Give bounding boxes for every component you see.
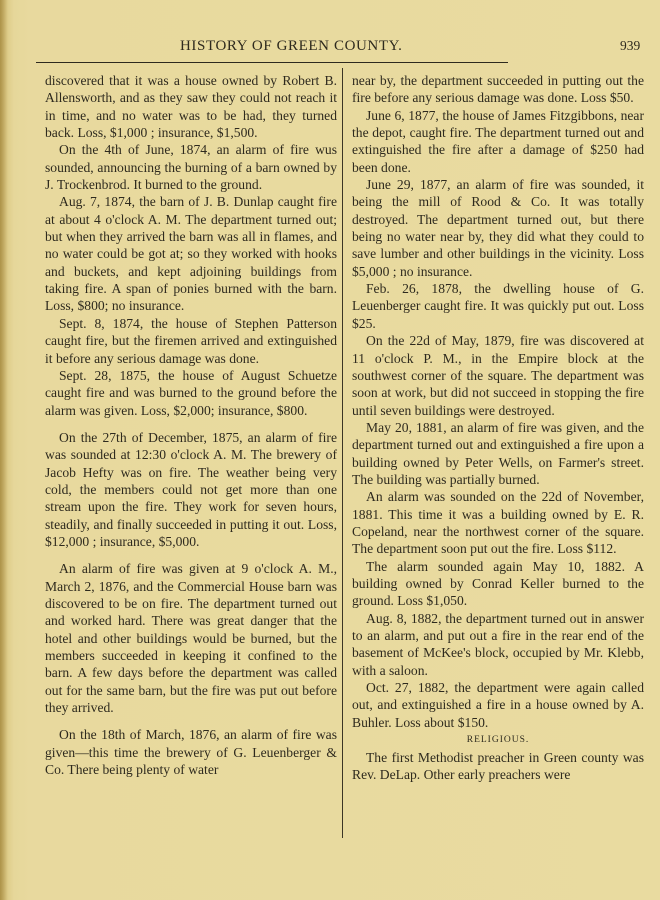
paragraph: On the 22d of May, 1879, fire was discov… — [352, 332, 644, 419]
paragraph: On the 18th of March, 1876, an alarm of … — [45, 726, 337, 778]
page-gutter-shadow — [0, 0, 8, 900]
paragraph: June 29, 1877, an alarm of fire was soun… — [352, 176, 644, 280]
paragraph: June 6, 1877, the house of James Fitzgib… — [352, 107, 644, 176]
page-number: 939 — [620, 38, 640, 54]
section-heading: RELIGIOUS. — [352, 732, 644, 749]
paragraph: An alarm of fire was given at 9 o'clock … — [45, 560, 337, 716]
paragraph: May 20, 1881, an alarm of fire was given… — [352, 419, 644, 488]
left-column: discovered that it was a house owned by … — [45, 72, 337, 778]
running-title: HISTORY OF GREEN COUNTY. — [180, 38, 402, 55]
paragraph: The alarm sounded again May 10, 1882. A … — [352, 558, 644, 610]
paragraph: Feb. 26, 1878, the dwelling house of G. … — [352, 280, 644, 332]
paragraph: near by, the department succeeded in put… — [352, 72, 644, 107]
header-rule — [36, 62, 508, 63]
paragraph: An alarm was sounded on the 22d of Novem… — [352, 488, 644, 557]
paragraph: Sept. 8, 1874, the house of Stephen Patt… — [45, 315, 337, 367]
paragraph: The first Methodist preacher in Green co… — [352, 749, 644, 784]
paragraph: Aug. 8, 1882, the department turned out … — [352, 610, 644, 679]
right-column: near by, the department succeeded in put… — [352, 72, 644, 784]
paragraph: Sept. 28, 1875, the house of August Schu… — [45, 367, 337, 419]
book-page: HISTORY OF GREEN COUNTY. 939 discovered … — [0, 0, 660, 900]
paragraph: On the 27th of December, 1875, an alarm … — [45, 429, 337, 550]
paragraph: Aug. 7, 1874, the barn of J. B. Dunlap c… — [45, 193, 337, 314]
paragraph: discovered that it was a house owned by … — [45, 72, 337, 141]
paragraph: Oct. 27, 1882, the department were again… — [352, 679, 644, 731]
paragraph: On the 4th of June, 1874, an alarm of fi… — [45, 141, 337, 193]
column-divider — [342, 68, 343, 838]
